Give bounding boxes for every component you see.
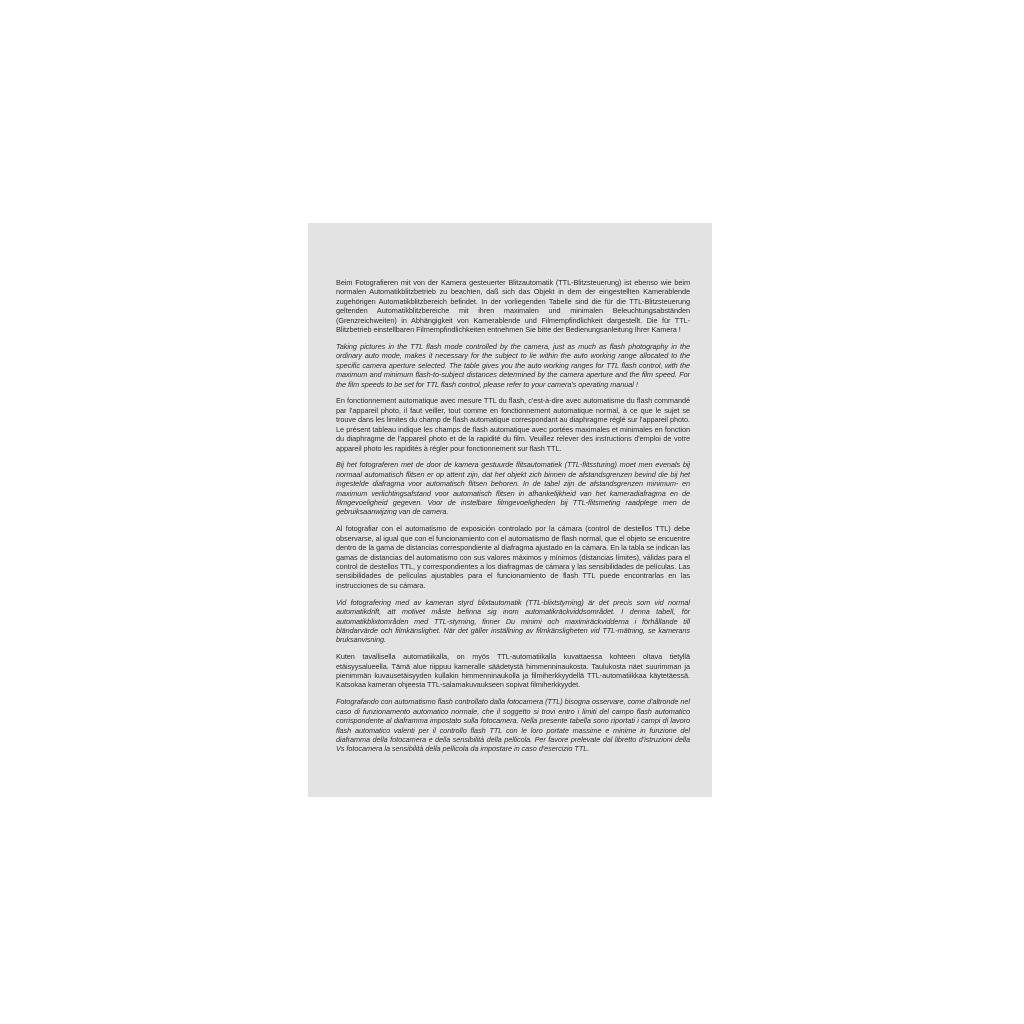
paragraph-italian: Fotografando con automatismo flash contr… <box>336 697 690 753</box>
paragraph-spanish: Al fotografiar con el automatismo de exp… <box>336 524 690 590</box>
paragraph-finnish: Kuten tavallisella automatiikalla, on my… <box>336 652 690 690</box>
document-page: Beim Fotografieren mit von der Kamera ge… <box>308 223 712 797</box>
paragraph-french: En fonctionnement automatique avec mesur… <box>336 396 690 452</box>
paragraph-dutch: Bij het fotograferen met de door de kame… <box>336 460 690 516</box>
paragraph-swedish: Vid fotografering med av kameran styrd b… <box>336 598 690 645</box>
paragraph-english: Taking pictures in the TTL flash mode co… <box>336 342 690 389</box>
paragraph-german: Beim Fotografieren mit von der Kamera ge… <box>336 278 690 334</box>
